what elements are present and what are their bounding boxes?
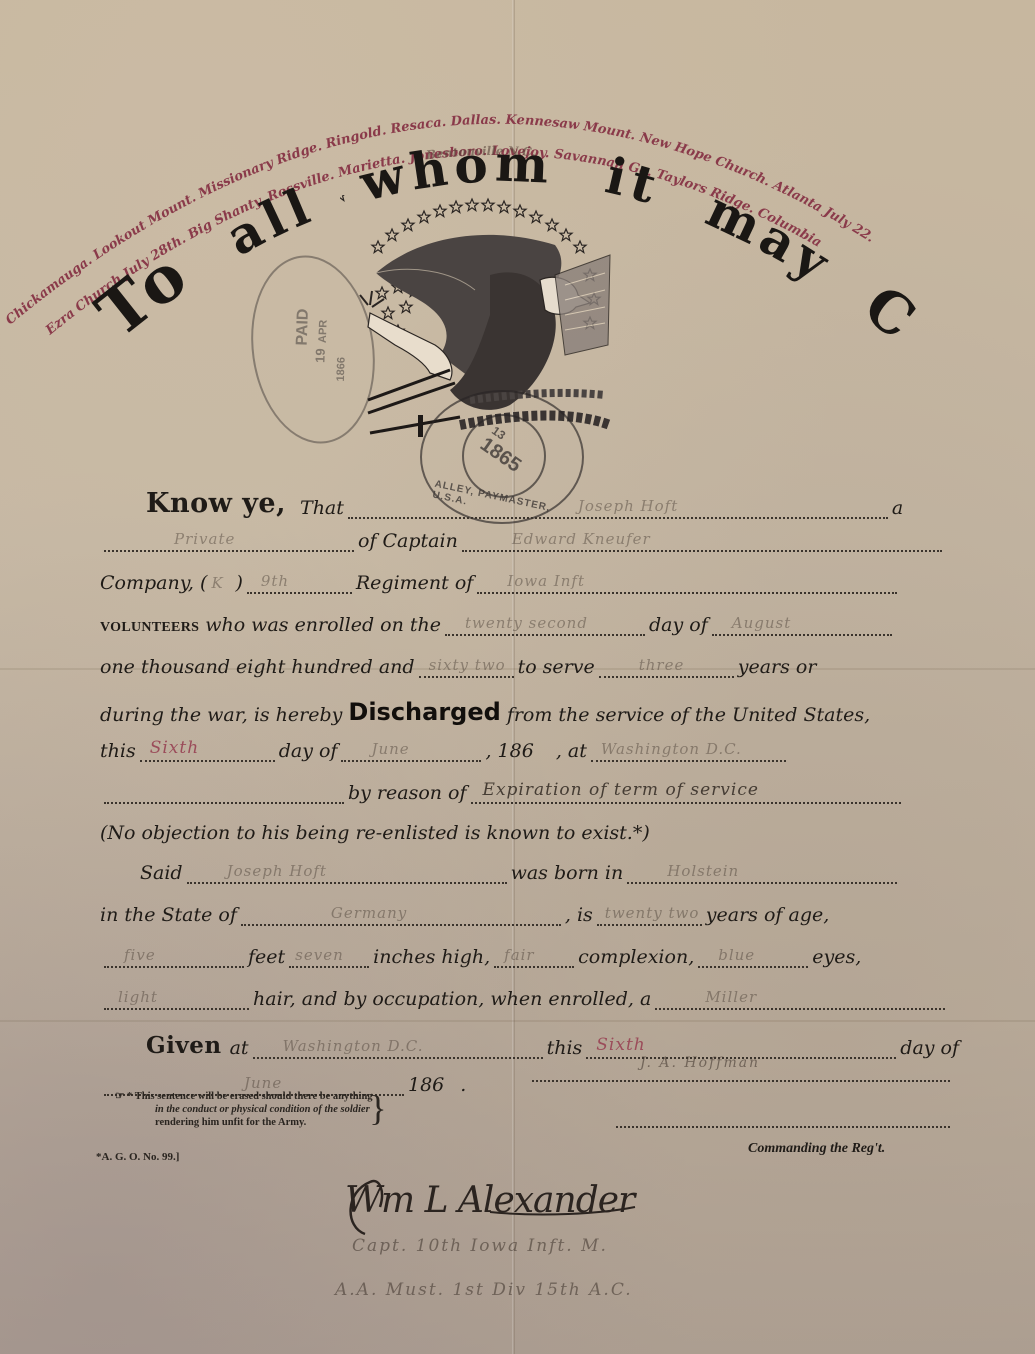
handwritten-value: Sixth <box>596 1035 645 1055</box>
label-day-of: day of <box>900 1037 959 1059</box>
torch-flame-icon <box>360 291 384 307</box>
form-line-hair: light hair, and by occupation, when enro… <box>100 988 949 1010</box>
field-company-letter[interactable]: K <box>211 574 231 594</box>
field-reason[interactable]: Expiration of term of service <box>471 782 901 804</box>
stamp-text: PAID <box>294 308 313 346</box>
label-this: this <box>100 740 136 762</box>
handwritten-value: Washington D.C. <box>601 740 742 758</box>
footnote-line: This sentence will be erased should ther… <box>135 1091 373 1102</box>
field-complexion[interactable]: fair <box>494 946 574 968</box>
label-is: , is <box>565 904 593 926</box>
label-at: , at <box>556 740 587 762</box>
stamp-text: APR <box>317 320 330 344</box>
ago-number: *A. G. O. No. 99.] <box>96 1151 179 1163</box>
label-that: That <box>300 497 344 519</box>
field-enroll-month[interactable]: August <box>712 614 892 636</box>
title-word: may <box>698 179 844 295</box>
scroll-banner-icon <box>368 313 452 380</box>
label-day-of: day of <box>649 614 708 636</box>
field-height-feet[interactable]: five <box>104 946 244 968</box>
label-inches-high: inches high, <box>373 946 490 968</box>
field-given-place[interactable]: Washington D.C. <box>253 1037 543 1059</box>
field-term[interactable]: three <box>599 656 734 678</box>
label-hair-occupation: hair, and by occupation, when enrolled, … <box>253 988 651 1010</box>
field-discharge-place[interactable]: Washington D.C. <box>591 740 786 762</box>
footnote-erase-notice: ☞ * This sentence will be erased should … <box>115 1090 373 1129</box>
handwritten-value: Expiration of term of service <box>483 780 759 800</box>
handwritten-value: Edward Kneufer <box>512 530 651 548</box>
form-line-said: Said Joseph Hoft was born in Holstein <box>140 862 901 884</box>
field-reason-prefix[interactable] <box>104 782 344 804</box>
stamp-text: 19 <box>312 348 327 363</box>
commander-signature-line-2[interactable] <box>616 1126 950 1128</box>
label-regiment-of: Regiment of <box>356 572 473 594</box>
horizontal-fold-crease <box>0 1020 1035 1022</box>
handwritten-value: sixty two <box>429 656 506 674</box>
form-line-state: in the State of Germany , is twenty two … <box>100 904 829 926</box>
field-occupation[interactable]: Miller <box>655 988 945 1010</box>
title-word: To <box>83 235 205 353</box>
label-enrolled: who was enrolled on the <box>205 614 441 636</box>
handwritten-value: Miller <box>705 988 757 1006</box>
footnote-line: in the conduct or physical condition of … <box>115 1103 373 1116</box>
label-at: at <box>230 1037 249 1059</box>
brace-icon: } <box>369 1088 386 1128</box>
handwritten-value: June <box>371 740 409 758</box>
label-volunteers: VOLUNTEERS <box>100 620 199 636</box>
discharged-heading: Discharged <box>348 698 500 726</box>
field-discharge-month[interactable]: June <box>341 740 481 762</box>
flags-icon <box>555 255 610 355</box>
label-year-186: 186 <box>408 1074 444 1096</box>
title-word: all <box>217 175 323 267</box>
field-captain[interactable]: Edward Kneufer <box>462 530 942 552</box>
field-regiment-number[interactable]: 9th <box>247 572 352 594</box>
handwritten-value: 9th <box>261 572 289 590</box>
field-hair[interactable]: light <box>104 988 249 1010</box>
label-paren: ) <box>235 572 242 594</box>
mustering-officer-signature: Wm L Alexander <box>345 1180 634 1221</box>
handwritten-value: twenty two <box>605 904 700 922</box>
form-line-volunteers: VOLUNTEERS who was enrolled on the twent… <box>100 614 896 636</box>
handwritten-value: K <box>211 574 223 592</box>
label-from-service: from the service of the United States, <box>507 704 870 726</box>
label-complexion: complexion, <box>578 946 694 968</box>
signature-title-line-1: Capt. 10th Iowa Inft. M. <box>352 1236 608 1256</box>
label-was-born: was born in <box>511 862 624 884</box>
given-heading: Given <box>146 1032 222 1059</box>
form-line-this-day: this Sixth day of June , 186 , at Washin… <box>100 740 790 762</box>
tassel-icon <box>418 415 423 437</box>
handwritten-value: light <box>118 988 158 1006</box>
handwritten-value: fair <box>504 946 534 964</box>
label-company: Company, ( <box>100 572 207 594</box>
label-during-war: during the war, is hereby <box>100 704 342 726</box>
handwritten-value: Sixth <box>150 738 199 758</box>
label-year-186: , 186 <box>485 740 533 762</box>
commander-pencil-signature: J. A. Hoffman <box>640 1055 760 1071</box>
field-age[interactable]: twenty two <box>597 904 702 926</box>
handwritten-value: Joseph Hoft <box>578 497 678 515</box>
form-line-height: five feet seven inches high, fair comple… <box>100 946 861 968</box>
handwritten-value: blue <box>718 946 755 964</box>
know-ye-heading: Know ye, <box>146 488 286 519</box>
label-years-of-age: years of age, <box>706 904 829 926</box>
label-period: . <box>460 1074 466 1096</box>
form-line-given: Given at Washington D.C. this Sixth day … <box>146 1032 959 1059</box>
form-line-know-ye: Know ye, That Joseph Hoft a <box>146 488 903 519</box>
label-no-objection: (No objection to his being re-enlisted i… <box>100 822 650 844</box>
label-this: this <box>547 1037 583 1059</box>
label-a: a <box>892 497 903 519</box>
field-height-inches[interactable]: seven <box>289 946 369 968</box>
label-one-thousand: one thousand eight hundred and <box>100 656 415 678</box>
form-line-rank: Private of Captain Edward Kneufer <box>100 530 946 552</box>
form-line-reason: by reason of Expiration of term of servi… <box>100 782 905 804</box>
handwritten-value: Joseph Hoft <box>227 862 327 880</box>
handwritten-value: Germany <box>331 904 407 922</box>
label-in-state: in the State of <box>100 904 237 926</box>
label-said: Said <box>140 862 183 884</box>
field-enroll-day[interactable]: twenty second <box>445 614 645 636</box>
handwritten-value: five <box>124 946 156 964</box>
form-line-one-thousand: one thousand eight hundred and sixty two… <box>100 656 816 678</box>
field-regiment-state[interactable]: Iowa Inft <box>477 572 897 594</box>
form-line-no-objection: (No objection to his being re-enlisted i… <box>100 822 650 844</box>
form-line-discharged: during the war, is hereby Discharged fro… <box>100 698 870 726</box>
handwritten-value: Private <box>174 530 235 548</box>
field-said-name[interactable]: Joseph Hoft <box>187 862 507 884</box>
handwritten-value: twenty second <box>465 614 588 632</box>
field-enroll-year[interactable]: sixty two <box>419 656 514 678</box>
pointing-hand-icon: ☞ * <box>115 1091 132 1102</box>
field-discharge-day[interactable]: Sixth <box>140 740 275 762</box>
handwritten-value: August <box>732 614 791 632</box>
handwritten-value: Washington D.C. <box>283 1037 424 1055</box>
field-rank[interactable]: Private <box>104 530 354 552</box>
form-line-company: Company, ( K ) 9th Regiment of Iowa Inft <box>100 572 901 594</box>
label-to-serve: to serve <box>518 656 595 678</box>
discharge-certificate: Chickamauga. Lookout Mount. Missionary R… <box>0 0 1035 1354</box>
label-day-of: day of <box>279 740 338 762</box>
field-birth-place[interactable]: Holstein <box>627 862 897 884</box>
signature-title-line-2: A.A. Must. 1st Div 15th A.C. <box>335 1280 633 1300</box>
label-feet: feet <box>248 946 285 968</box>
commanding-the-regt-label: Commanding the Reg't. <box>748 1141 885 1157</box>
footnote-line: rendering him unfit for the Army. <box>115 1116 373 1129</box>
field-eyes[interactable]: blue <box>698 946 808 968</box>
label-eyes: eyes, <box>812 946 861 968</box>
handwritten-value: Iowa Inft <box>507 572 585 590</box>
handwritten-value: three <box>639 656 685 674</box>
field-birth-state[interactable]: Germany <box>241 904 561 926</box>
label-of-captain: of Captain <box>358 530 458 552</box>
label-by-reason: by reason of <box>348 782 467 804</box>
label-years-or: years or <box>738 656 817 678</box>
commander-signature-line-1[interactable] <box>532 1080 950 1082</box>
handwritten-value: seven <box>295 946 344 964</box>
field-soldier-name[interactable]: Joseph Hoft <box>348 497 888 519</box>
handwritten-value: Holstein <box>667 862 739 880</box>
